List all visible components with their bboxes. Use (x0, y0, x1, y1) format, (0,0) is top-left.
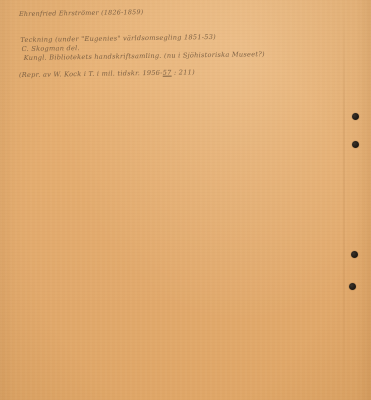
ink-dot-icon (351, 251, 358, 258)
handwritten-line-title: Ehrenfried Ehrströmer (1826-1859) (19, 8, 144, 18)
ink-dot-icon (352, 113, 359, 120)
ink-dot-icon (352, 141, 359, 148)
reference-prefix: (Repr. av W. Kock i T. i mil. tidskr. 19… (19, 69, 163, 79)
reference-underlined-year: 57 (163, 69, 172, 77)
ink-dot-icon (349, 283, 356, 290)
paper-crease (343, 0, 345, 400)
handwritten-line-subject: Teckning (under "Eugenies" världsomsegli… (20, 33, 216, 44)
archival-card: Ehrenfried Ehrströmer (1826-1859) Teckni… (0, 0, 371, 400)
handwritten-line-reference: (Repr. av W. Kock i T. i mil. tidskr. 19… (19, 68, 195, 79)
reference-suffix: : 211) (172, 68, 195, 76)
handwritten-line-artist: C. Skogman del. (21, 44, 79, 53)
